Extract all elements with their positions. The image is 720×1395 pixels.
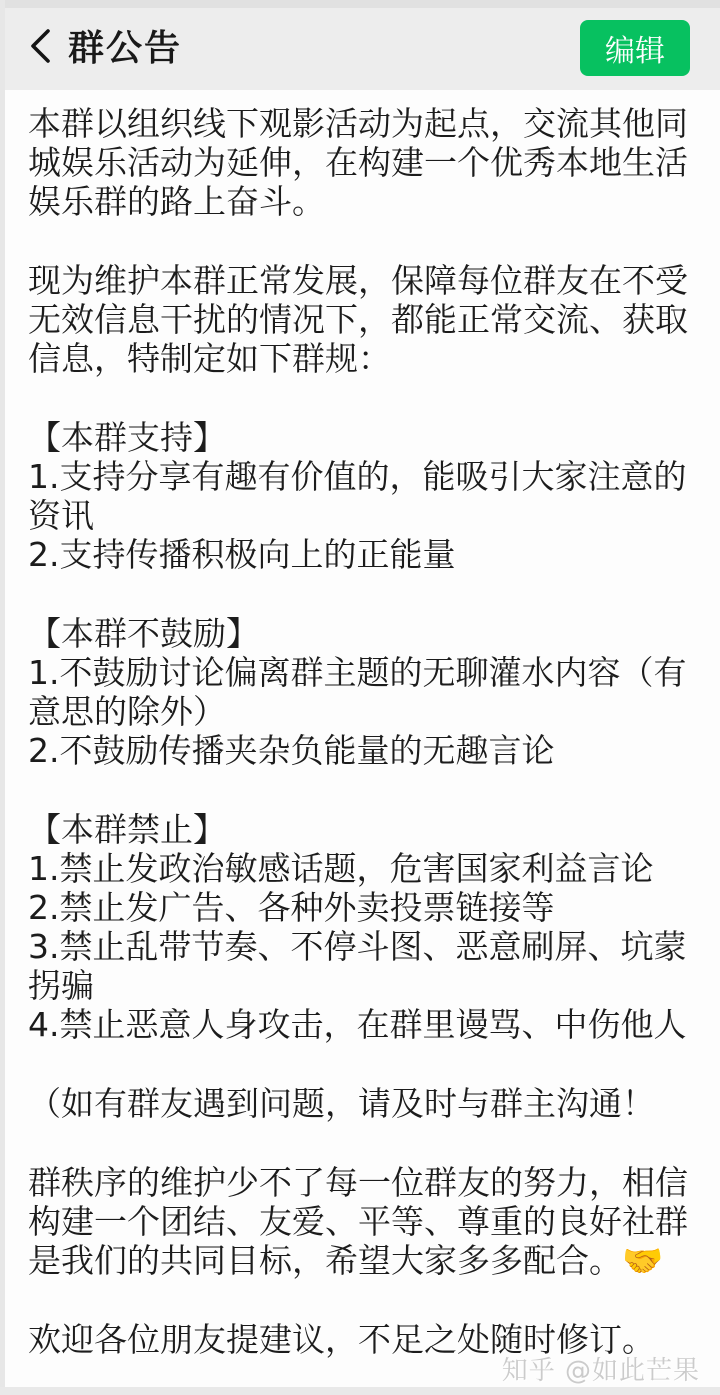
announcement-line: 【本群禁止】 — [28, 810, 692, 849]
announcement-line: 【本群支持】 — [28, 418, 692, 457]
announcement-line: 现为维护本群正常发展，保障每位群友在不受 — [28, 261, 692, 300]
page-title: 群公告 — [68, 0, 182, 90]
screen-edge-left — [0, 0, 5, 1395]
announcement-line: 城娱乐活动为延伸，在构建一个优秀本地生活 — [28, 143, 692, 182]
announcement-line: 资讯 — [28, 496, 692, 535]
announcement-line: 构建一个团结、友爱、平等、尊重的良好社群 — [28, 1202, 692, 1241]
announcement-line: 2.支持传播积极向上的正能量 — [28, 535, 692, 574]
announcement-line: 群秩序的维护少不了每一位群友的努力，相信 — [28, 1163, 692, 1202]
announcement-line: 2.禁止发广告、各种外卖投票链接等 — [28, 888, 692, 927]
announcement-line: 2.不鼓励传播夹杂负能量的无趣言论 — [28, 731, 692, 770]
announcement-line: （如有群友遇到问题，请及时与群主沟通！ — [28, 1084, 692, 1123]
announcement-line: 娱乐群的路上奋斗。 — [28, 182, 692, 221]
screen-edge-bottom — [0, 1387, 720, 1395]
announcement-line: 无效信息干扰的情况下，都能正常交流、获取 — [28, 300, 692, 339]
back-button[interactable] — [14, 20, 66, 72]
announcement-paragraph: 【本群支持】1.支持分享有趣有价值的，能吸引大家注意的资讯2.支持传播积极向上的… — [28, 418, 692, 574]
announcement-line: 3.禁止乱带节奏、不停斗图、恶意刷屏、坑蒙 — [28, 927, 692, 966]
announcement-line: 是我们的共同目标，希望大家多多配合。🤝 — [28, 1241, 692, 1280]
group-announcement-screen: 群公告 编辑 本群以组织线下观影活动为起点，交流其他同城娱乐活动为延伸，在构建一… — [0, 0, 720, 1395]
announcement-line: 1.不鼓励讨论偏离群主题的无聊灌水内容（有 — [28, 653, 692, 692]
announcement-line: 【本群不鼓励】 — [28, 614, 692, 653]
announcement-paragraph: 群秩序的维护少不了每一位群友的努力，相信构建一个团结、友爱、平等、尊重的良好社群… — [28, 1163, 692, 1280]
edit-button[interactable]: 编辑 — [580, 20, 690, 76]
announcement-line: 信息，特制定如下群规： — [28, 339, 692, 378]
announcement-paragraph: 本群以组织线下观影活动为起点，交流其他同城娱乐活动为延伸，在构建一个优秀本地生活… — [28, 104, 692, 221]
chevron-left-icon — [29, 28, 51, 64]
announcement-line: 拐骗 — [28, 966, 692, 1005]
announcement-paragraph: （如有群友遇到问题，请及时与群主沟通！ — [28, 1084, 692, 1123]
announcement-line: 意思的除外） — [28, 692, 692, 731]
announcement-paragraph: 【本群不鼓励】1.不鼓励讨论偏离群主题的无聊灌水内容（有意思的除外）2.不鼓励传… — [28, 614, 692, 770]
announcement-paragraph: 现为维护本群正常发展，保障每位群友在不受无效信息干扰的情况下，都能正常交流、获取… — [28, 261, 692, 378]
announcement-line: 本群以组织线下观影活动为起点，交流其他同 — [28, 104, 692, 143]
announcement-body: 本群以组织线下观影活动为起点，交流其他同城娱乐活动为延伸，在构建一个优秀本地生活… — [0, 90, 720, 1395]
watermark: 知乎 @如此芒果 — [502, 1350, 700, 1387]
announcement-line: 1.支持分享有趣有价值的，能吸引大家注意的 — [28, 457, 692, 496]
announcement-line: 4.禁止恶意人身攻击，在群里谩骂、中伤他人 — [28, 1005, 692, 1044]
screen-edge-top — [0, 0, 720, 8]
header: 群公告 编辑 — [0, 0, 720, 90]
announcement-line: 1.禁止发政治敏感话题，危害国家利益言论 — [28, 849, 692, 888]
announcement-paragraph: 【本群禁止】1.禁止发政治敏感话题，危害国家利益言论2.禁止发广告、各种外卖投票… — [28, 810, 692, 1044]
